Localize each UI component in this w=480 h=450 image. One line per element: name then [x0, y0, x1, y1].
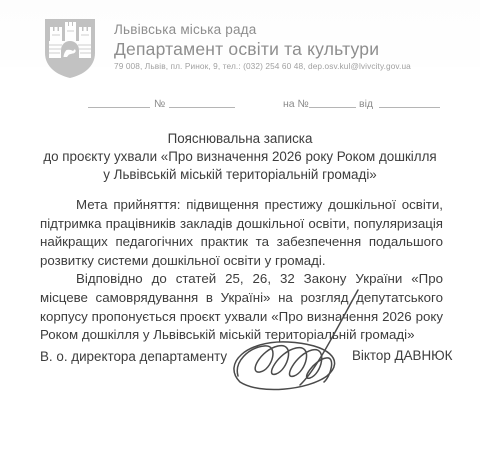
signer-name: Віктор ДАВНЮК — [352, 348, 452, 363]
document-page: Львівська міська рада Департамент освіти… — [0, 0, 480, 450]
signer-position: В. о. директора департаменту — [40, 349, 227, 364]
letterhead: Львівська міська рада Департамент освіти… — [42, 17, 411, 79]
title-line-3: у Львівській міській територіальній гром… — [0, 166, 480, 184]
reply-date-blank-line — [379, 106, 440, 108]
document-title: Пояснювальна записка до проєкту ухвали «… — [0, 130, 480, 184]
handwritten-signature — [230, 286, 365, 391]
date-blank-line — [88, 106, 150, 108]
title-line-2: до проєкту ухвали «Про визначення 2026 р… — [0, 148, 480, 166]
org-name-council: Львівська міська рада — [114, 22, 411, 38]
number-label: № — [154, 98, 165, 110]
org-address: 79 008, Львів, пл. Ринок, 9, тел.: (032)… — [114, 61, 411, 71]
reply-date-label: від — [359, 98, 373, 110]
org-name-department: Департамент освіти та культури — [114, 39, 411, 59]
reply-number-label: на № — [283, 98, 309, 110]
reply-number-blank-line — [309, 106, 356, 108]
number-blank-line — [169, 106, 235, 108]
title-line-1: Пояснювальна записка — [0, 130, 480, 148]
reference-number-line: № на № від — [0, 94, 480, 110]
lviv-coat-of-arms-logo — [42, 17, 98, 79]
paragraph-purpose: Мета прийняття: підвищення престижу дошк… — [40, 196, 443, 270]
